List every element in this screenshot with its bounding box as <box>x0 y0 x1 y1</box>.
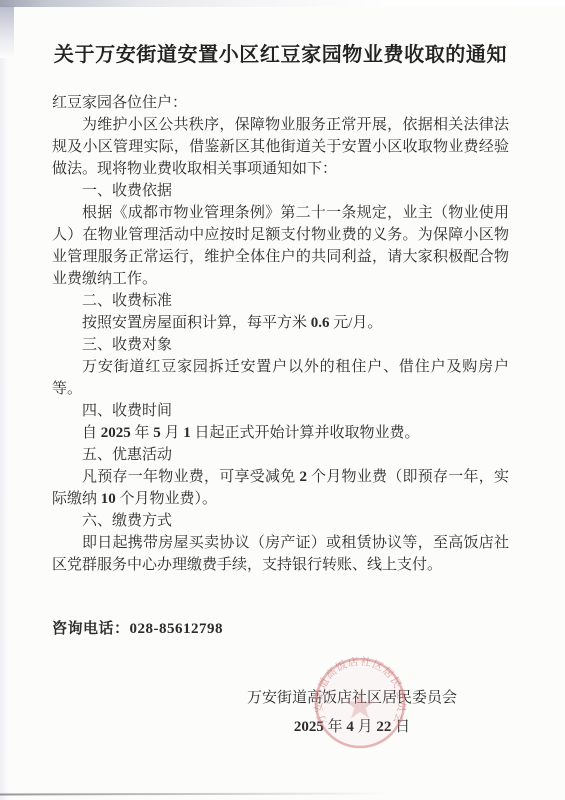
scan-edge-corner <box>0 6 14 58</box>
section-body: 根据《成都市物业管理条例》第二十一条规定，业主（物业使用人）在物业管理活动中应按… <box>52 202 509 290</box>
section-heading: 六、缴费方式 <box>52 510 509 532</box>
section-body: 即日起携带房屋买卖协议（房产证）或租赁协议等，至高饭店社区党群服务中心办理缴费手… <box>52 532 509 576</box>
notice-page: 关于万安街道安置小区红豆家园物业费收取的通知 红豆家园各位住户： 为维护小区公共… <box>0 0 565 800</box>
section-body: 按照安置房屋面积计算，每平方米 0.6 元/月。 <box>52 312 509 334</box>
signer-name: 万安街道高饭店社区居民委员会 <box>229 684 475 713</box>
section-1: 一、收费依据 根据《成都市物业管理条例》第二十一条规定，业主（物业使用人）在物业… <box>52 180 509 290</box>
section-6: 六、缴费方式 即日起携带房屋买卖协议（房产证）或租赁协议等，至高饭店社区党群服务… <box>52 510 509 576</box>
section-heading: 三、收费对象 <box>52 334 509 356</box>
signature-date: 2025 年 4 月 22 日 <box>229 713 475 742</box>
notice-title: 关于万安街道安置小区红豆家园物业费收取的通知 <box>52 42 509 68</box>
section-heading: 一、收费依据 <box>52 180 509 202</box>
signature-block: 万安街道高饭店社区居民委员会 2025 年 4 月 22 日 <box>229 684 475 742</box>
section-2: 二、收费标准 按照安置房屋面积计算，每平方米 0.6 元/月。 <box>52 290 509 334</box>
scan-edge-left <box>0 58 9 800</box>
section-body: 凡预存一年物业费，可享受减免 2 个月物业费（即预存一年，实际缴纳 10 个月物… <box>52 466 509 510</box>
section-heading: 五、优惠活动 <box>52 444 509 466</box>
scan-edge-top <box>0 0 565 7</box>
section-body: 万安街道红豆家园拆迁安置户以外的租住户、借住户及购房户等。 <box>52 356 509 400</box>
section-heading: 二、收费标准 <box>52 290 509 312</box>
scan-edge-bottom <box>0 792 390 795</box>
section-3: 三、收费对象 万安街道红豆家园拆迁安置户以外的租住户、借住户及购房户等。 <box>52 334 509 400</box>
section-5: 五、优惠活动 凡预存一年物业费，可享受减免 2 个月物业费（即预存一年，实际缴纳… <box>52 444 509 510</box>
section-heading: 四、收费时间 <box>52 400 509 422</box>
section-body: 自 2025 年 5 月 1 日起正式开始计算并收取物业费。 <box>52 422 509 444</box>
greeting-line: 红豆家园各位住户： <box>52 92 509 114</box>
section-4: 四、收费时间 自 2025 年 5 月 1 日起正式开始计算并收取物业费。 <box>52 400 509 444</box>
notice-content: 关于万安街道安置小区红豆家园物业费收取的通知 红豆家园各位住户： 为维护小区公共… <box>52 42 509 742</box>
intro-paragraph: 为维护小区公共秩序，保障物业服务正常开展，依据相关法律法规及小区管理实际，借鉴新… <box>52 114 509 180</box>
contact-phone-line: 咨询电话：028-85612798 <box>52 618 509 640</box>
